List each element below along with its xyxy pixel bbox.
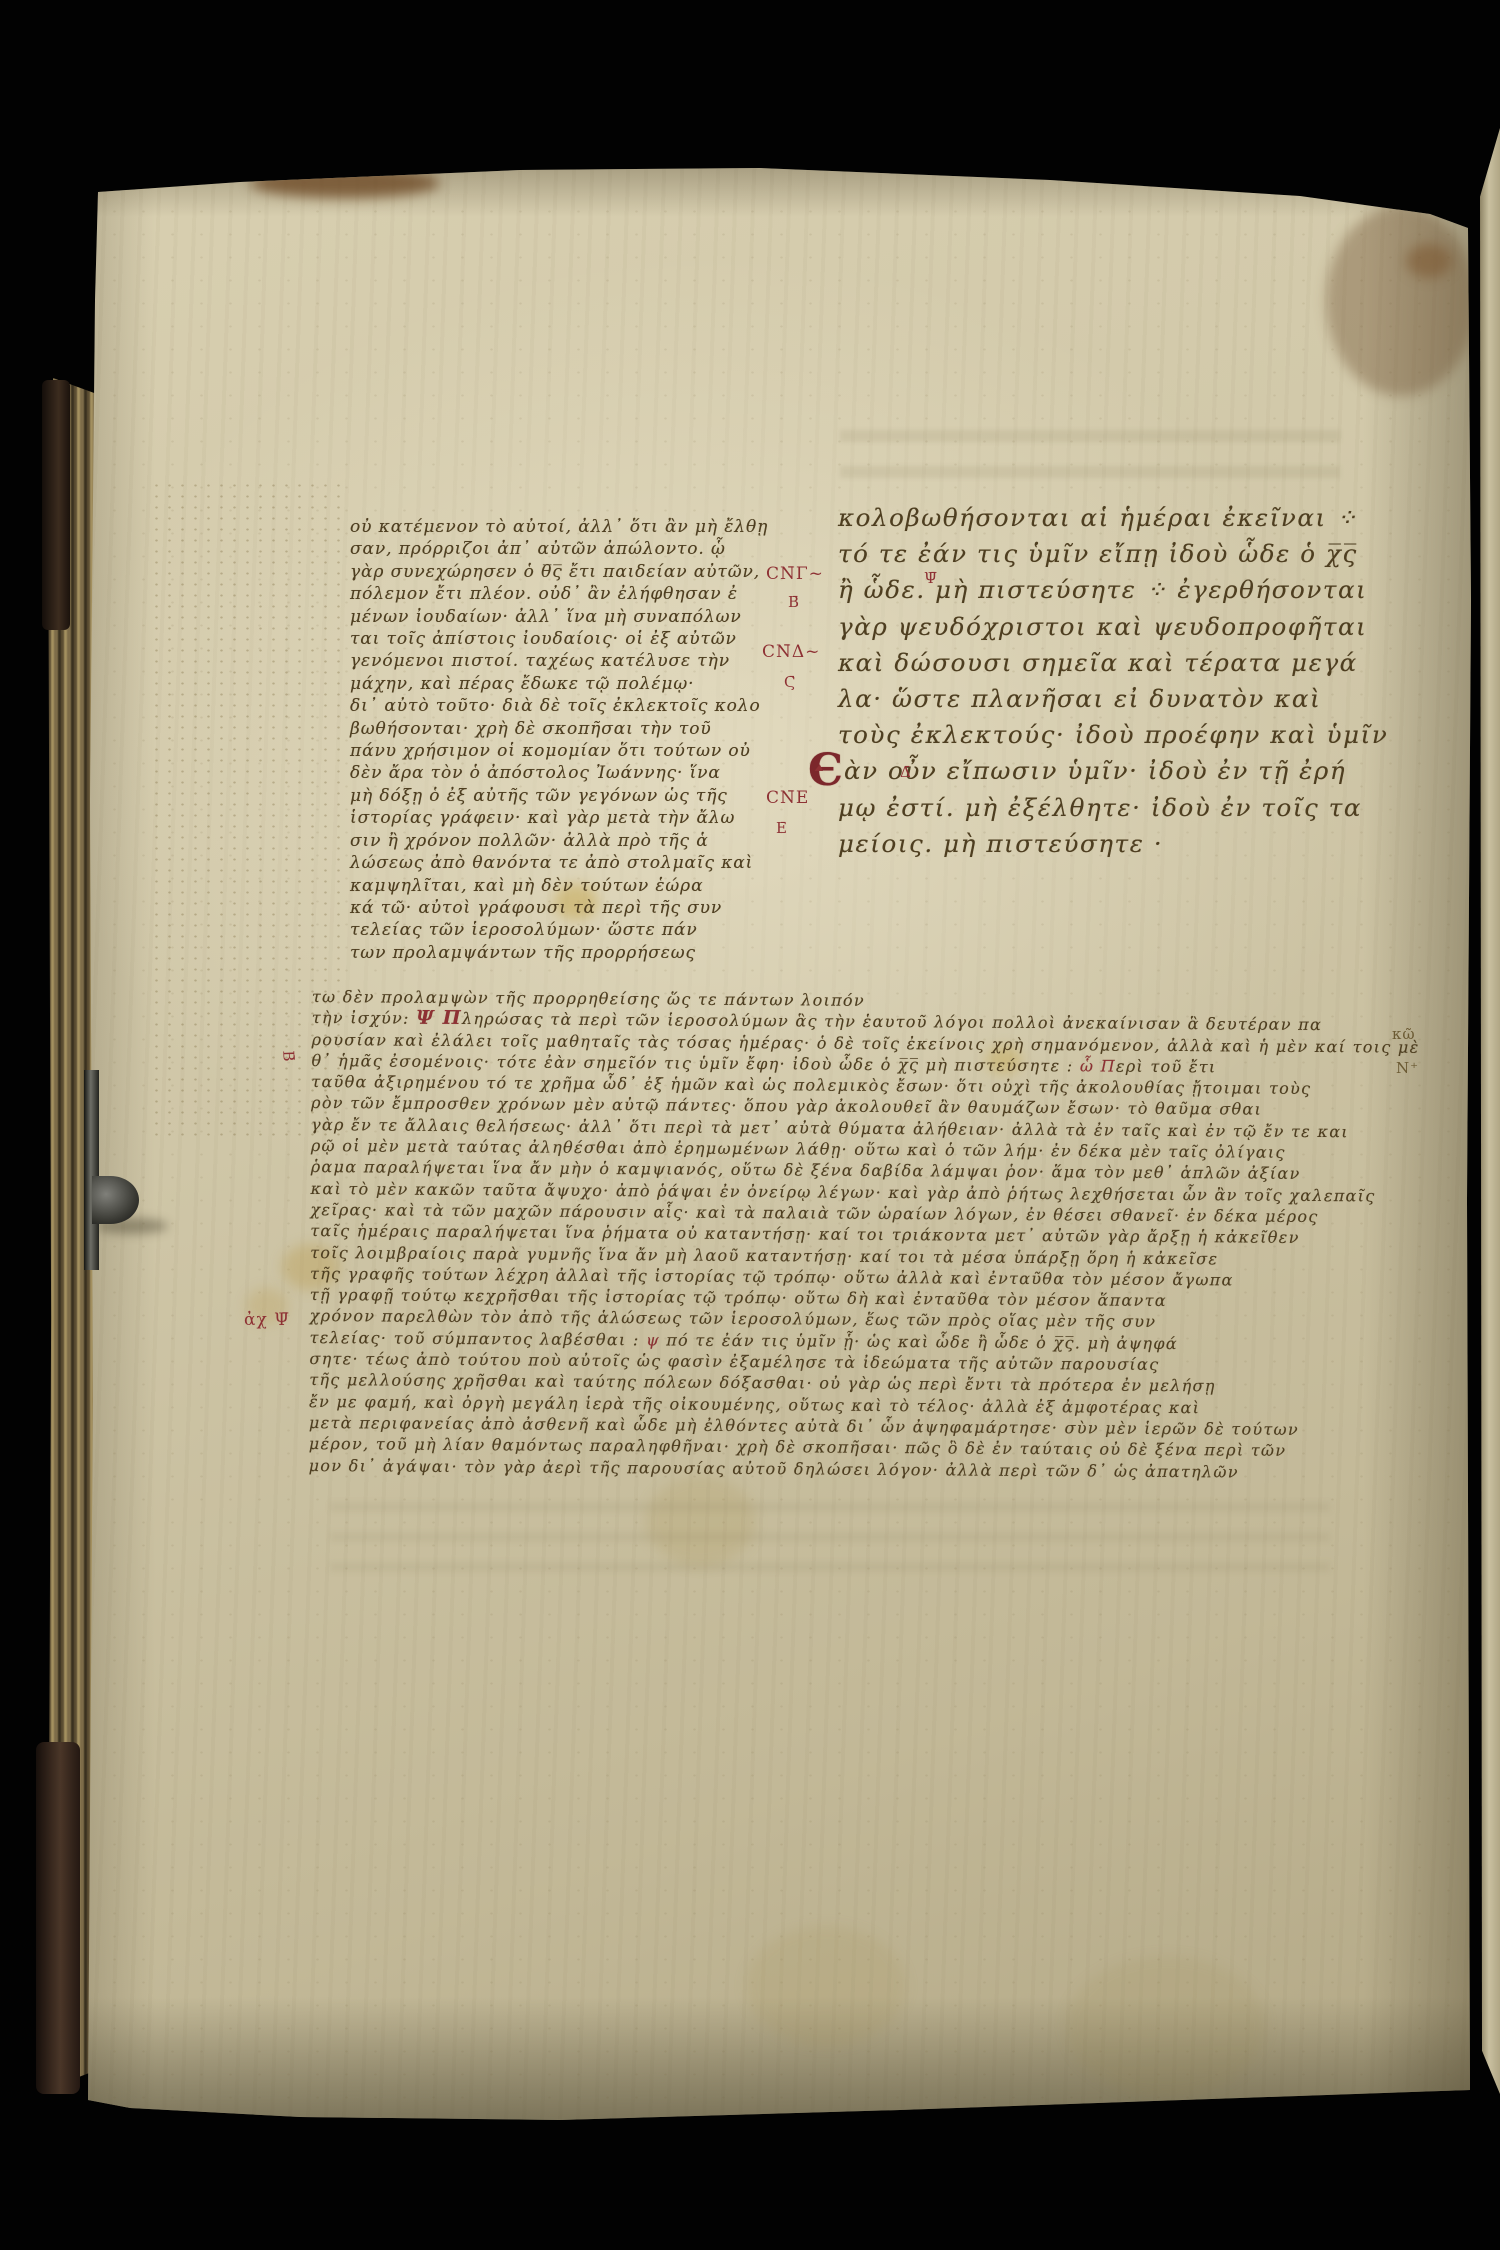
text-line: μὴ δόξῃ ὁ ἐξ αὐτῆς τῶν γεγόνων ὡς τῆς bbox=[350, 785, 790, 807]
text-line: των προλαμψάντων τῆς προρρήσεως bbox=[350, 942, 790, 964]
text-line: ἢ ὧδε. μὴ πιστεύσητε ⁘ ἐγερθήσονται bbox=[838, 572, 1343, 608]
text-line: βωθήσονται· χρὴ δὲ σκοπῆσαι τὴν τοῦ bbox=[350, 718, 790, 740]
delta-overline-mark: Δ̄ bbox=[900, 764, 912, 781]
text-line: πάνυ χρήσιμον οἱ κομομίαν ὅτι τούτων οὐ bbox=[350, 740, 790, 762]
text-line: κά τῶ· αὐτοὶ γράφουσι τὰ περὶ τῆς συν bbox=[350, 897, 790, 919]
section-number-255: ϹΝ̄Ε bbox=[766, 790, 809, 807]
faint-stain-bottom-2 bbox=[1066, 1956, 1266, 2096]
text-line-with-initial: Є ὰν οὖν εἴπωσιν ὑμῖν· ἰδοὺ ἐν τῇ ἐρή bbox=[838, 753, 1343, 789]
section-subnumber-254: Ϛ̄ bbox=[784, 674, 796, 691]
text-line: καὶ δώσουσι σημεῖα καὶ τέρατα μεγά bbox=[838, 645, 1343, 681]
text-line: μείοις. μὴ πιστεύσητε · bbox=[838, 826, 1343, 862]
left-margin-arch-psi-mark: ἀχ Ψ̄ bbox=[244, 1312, 290, 1329]
text-line: μένων ἰουδαίων· ἀλλ᾽ ἵνα μὴ συναπόλων bbox=[350, 606, 790, 628]
text-line: μάχην, καὶ πέρας ἔδωκε τῷ πολέμῳ· bbox=[350, 673, 790, 695]
section-subnumber-253: Β̄ bbox=[788, 594, 800, 611]
text-line: καμψηλῖται, καὶ μὴ δὲν τούτων ἑώρα bbox=[350, 875, 790, 897]
right-margin-mark-1: κῶ bbox=[1392, 1026, 1416, 1043]
text-line: γὰρ συνεχώρησεν ὁ θ̅ς̅ ἔτι παιδείαν αὐτῶ… bbox=[350, 561, 790, 583]
right-margin-mark-2: Ν⁺ bbox=[1396, 1060, 1419, 1077]
metal-clip-rod bbox=[84, 1070, 99, 1270]
section-number-254: ϹΝ̄Δ~ bbox=[762, 644, 820, 661]
text-line: τελείας τῶν ἱεροσολύμων· ὥστε πάν bbox=[350, 919, 790, 941]
wide-commentary-block: τω δὲν προλαμψὼν τῆς προρρηθείσης ὥς τε … bbox=[309, 986, 1360, 1483]
text-line: ται τοῖς ἀπίστοις ἰουδαίοις· οἱ ἐξ αὐτῶν bbox=[350, 628, 790, 650]
text-line: λα· ὥστε πλανῆσαι εἰ δυνατὸν καὶ bbox=[838, 681, 1343, 717]
section-number-253: ϹΝ̄Γ~ bbox=[766, 566, 824, 583]
text-line: οὐ κατέμενον τὸ αὐτοί, ἀλλ᾽ ὅτι ἂν μὴ ἔλ… bbox=[350, 516, 790, 538]
text-line: τοὺς ἐκλεκτούς· ἰδοὺ προέφην καὶ ὑμῖν bbox=[838, 717, 1343, 753]
rubric-psi-pi-mark: Ψ Π bbox=[416, 1007, 462, 1029]
text-segment: τελείας· τοῦ σύμπαντος λαβέσθαι : bbox=[309, 1328, 646, 1349]
text-line: γενόμενοι πιστοί. ταχέως κατέλυσε τὴν bbox=[350, 650, 790, 672]
text-line: τό τε ἐάν τις ὑμῖν εἴπῃ ἰδοὺ ὧδε ὁ χ̅ς̅ bbox=[838, 536, 1343, 572]
text-line: ὰν οὖν εἴπωσιν ὑμῖν· ἰδοὺ ἐν τῇ ἐρή bbox=[844, 756, 1346, 785]
faint-stain-bottom-1 bbox=[746, 1926, 906, 2046]
ink-bleedthrough-upper bbox=[840, 430, 1340, 496]
ink-bleedthrough-lower bbox=[330, 1502, 1330, 1588]
burn-stain-top-edge bbox=[250, 168, 440, 198]
psi-overline-mark: Ψ̄ bbox=[924, 570, 938, 587]
text-line: δὲν ἄρα τὸν ὁ ἀπόστολος Ἰωάννης· ἵνα bbox=[350, 762, 790, 784]
facing-page-edge bbox=[1480, 128, 1500, 2094]
text-segment: πό τε ἐάν τις ὑμῖν ᾗ· ὡς καὶ ὧδε ἢ ὧδε ὁ… bbox=[660, 1330, 1178, 1353]
text-line: λώσεως ἀπὸ θανόντα τε ἀπὸ στολμαῖς καὶ bbox=[350, 852, 790, 874]
text-line: σαν, πρόρριζοι ἀπ᾽ αὐτῶν ἀπώλοντο. ᾧ bbox=[350, 538, 790, 560]
rubric-psi-mark: ψ bbox=[646, 1330, 660, 1349]
left-commentary-column: οὐ κατέμενον τὸ αὐτοί, ἀλλ᾽ ὅτι ἂν μὴ ἔλ… bbox=[350, 516, 790, 964]
text-line: δι᾽ αὐτὸ τοῦτο· διὰ δὲ τοῖς ἐκλεκτοῖς κο… bbox=[350, 695, 790, 717]
stain-top-right-spot bbox=[1406, 244, 1452, 278]
text-line: κολοβωθήσονται αἱ ἡμέραι ἐκεῖναι ⁘ bbox=[838, 500, 1343, 536]
rubricated-initial-epsilon: Є bbox=[808, 749, 845, 793]
text-line: μῳ ἐστί. μὴ ἐξέλθητε· ἰδοὺ ἐν τοῖς τα bbox=[838, 790, 1343, 826]
text-line: πόλεμον ἔτι πλέον. οὐδ᾽ ἂν ἐλήφθησαν ἐ bbox=[350, 583, 790, 605]
stain-top-right-corner bbox=[1326, 206, 1476, 396]
left-margin-beta-mark: Β̄ bbox=[279, 1050, 296, 1063]
text-segment: ερὶ τοῦ ἔτι bbox=[1116, 1057, 1217, 1077]
book-cover-edge-bottom bbox=[36, 1742, 80, 2094]
text-line: σιν ἢ χρόνον πολλῶν· ἀλλὰ πρὸ τῆς ἁ bbox=[350, 830, 790, 852]
section-subnumber-255: Ε̄ bbox=[776, 820, 788, 837]
right-scripture-column: κολοβωθήσονται αἱ ἡμέραι ἐκεῖναι ⁘ τό τε… bbox=[838, 500, 1343, 862]
text-line: ἱστορίας γράφειν· καὶ γὰρ μετὰ τὴν ἄλω bbox=[350, 807, 790, 829]
rubric-peri-mark: ὧ Π bbox=[1080, 1056, 1116, 1075]
text-segment: τὴν ἰσχύν: bbox=[312, 1008, 417, 1028]
book-cover-edge-top bbox=[42, 380, 70, 630]
text-line: γὰρ ψευδόχριστοι καὶ ψευδοπροφῆται bbox=[838, 609, 1343, 645]
